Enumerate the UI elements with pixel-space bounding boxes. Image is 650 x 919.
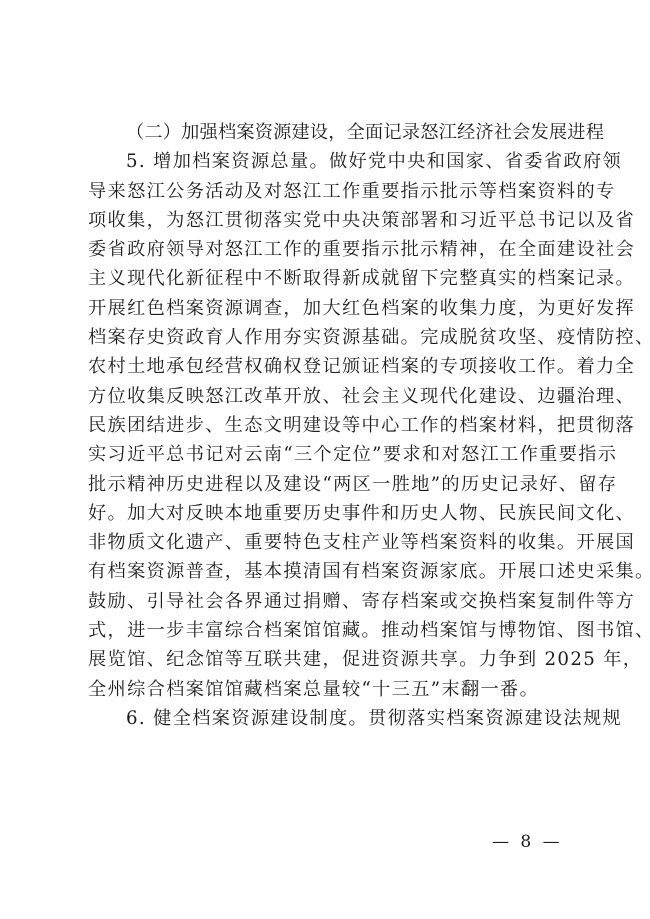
paragraph-line: 导来怒江公务活动及对怒江工作重要指示批示等档案资料的专 xyxy=(88,177,568,206)
page-body: （二）加强档案资源建设，全面记录怒江经济社会发展进程 5. 增加档案资源总量。做… xyxy=(88,118,568,733)
paragraph-line: 好。加大对反映本地重要历史事件和历史人物、民族民间文化、 xyxy=(88,499,568,528)
paragraph-line: 农村土地承包经营权确权登记颁证档案的专项接收工作。着力全 xyxy=(88,352,568,381)
paragraph-line: 民族团结进步、生态文明建设等中心工作的档案材料，把贯彻落 xyxy=(88,411,568,440)
paragraph-line: 5. 增加档案资源总量。做好党中央和国家、省委省政府领 xyxy=(88,147,568,176)
section-heading: （二）加强档案资源建设，全面记录怒江经济社会发展进程 xyxy=(88,118,568,147)
paragraph-line: 非物质文化遗产、重要特色支柱产业等档案资料的收集。开展国 xyxy=(88,528,568,557)
paragraph-6: 6. 健全档案资源建设制度。贯彻落实档案资源建设法规规 xyxy=(88,704,568,733)
paragraph-line: 批示精神历史进程以及建设“两区一胜地”的历史记录好、留存 xyxy=(88,470,568,499)
paragraph-line: 档案存史资政育人作用夯实资源基础。完成脱贫攻坚、疫情防控、 xyxy=(88,323,568,352)
paragraph-5: 5. 增加档案资源总量。做好党中央和国家、省委省政府领 导来怒江公务活动及对怒江… xyxy=(88,147,568,704)
page-number: — 8 — xyxy=(492,832,563,852)
paragraph-line: 方位收集反映怒江改革开放、社会主义现代化建设、边疆治理、 xyxy=(88,382,568,411)
document-page: （二）加强档案资源建设，全面记录怒江经济社会发展进程 5. 增加档案资源总量。做… xyxy=(0,0,650,919)
paragraph-line: 式，进一步丰富综合档案馆馆藏。推动档案馆与博物馆、图书馆、 xyxy=(88,616,568,645)
paragraph-line: 委省政府领导对怒江工作的重要指示批示精神，在全面建设社会 xyxy=(88,235,568,264)
paragraph-line: 开展红色档案资源调查，加大红色档案的收集力度，为更好发挥 xyxy=(88,294,568,323)
paragraph-line: 全州综合档案馆馆藏档案总量较“十三五”末翻一番。 xyxy=(88,675,568,704)
paragraph-line: 有档案资源普查，基本摸清国有档案资源家底。开展口述史采集。 xyxy=(88,557,568,586)
paragraph-line: 展览馆、纪念馆等互联共建，促进资源共享。力争到 2025 年， xyxy=(88,645,568,674)
paragraph-line: 项收集，为怒江贯彻落实党中央决策部署和习近平总书记以及省 xyxy=(88,206,568,235)
paragraph-line: 6. 健全档案资源建设制度。贯彻落实档案资源建设法规规 xyxy=(88,704,568,733)
paragraph-line: 鼓励、引导社会各界通过捐赠、寄存档案或交换档案复制件等方 xyxy=(88,587,568,616)
paragraph-line: 实习近平总书记对云南“三个定位”要求和对怒江工作重要指示 xyxy=(88,440,568,469)
paragraph-line: 主义现代化新征程中不断取得新成就留下完整真实的档案记录。 xyxy=(88,264,568,293)
